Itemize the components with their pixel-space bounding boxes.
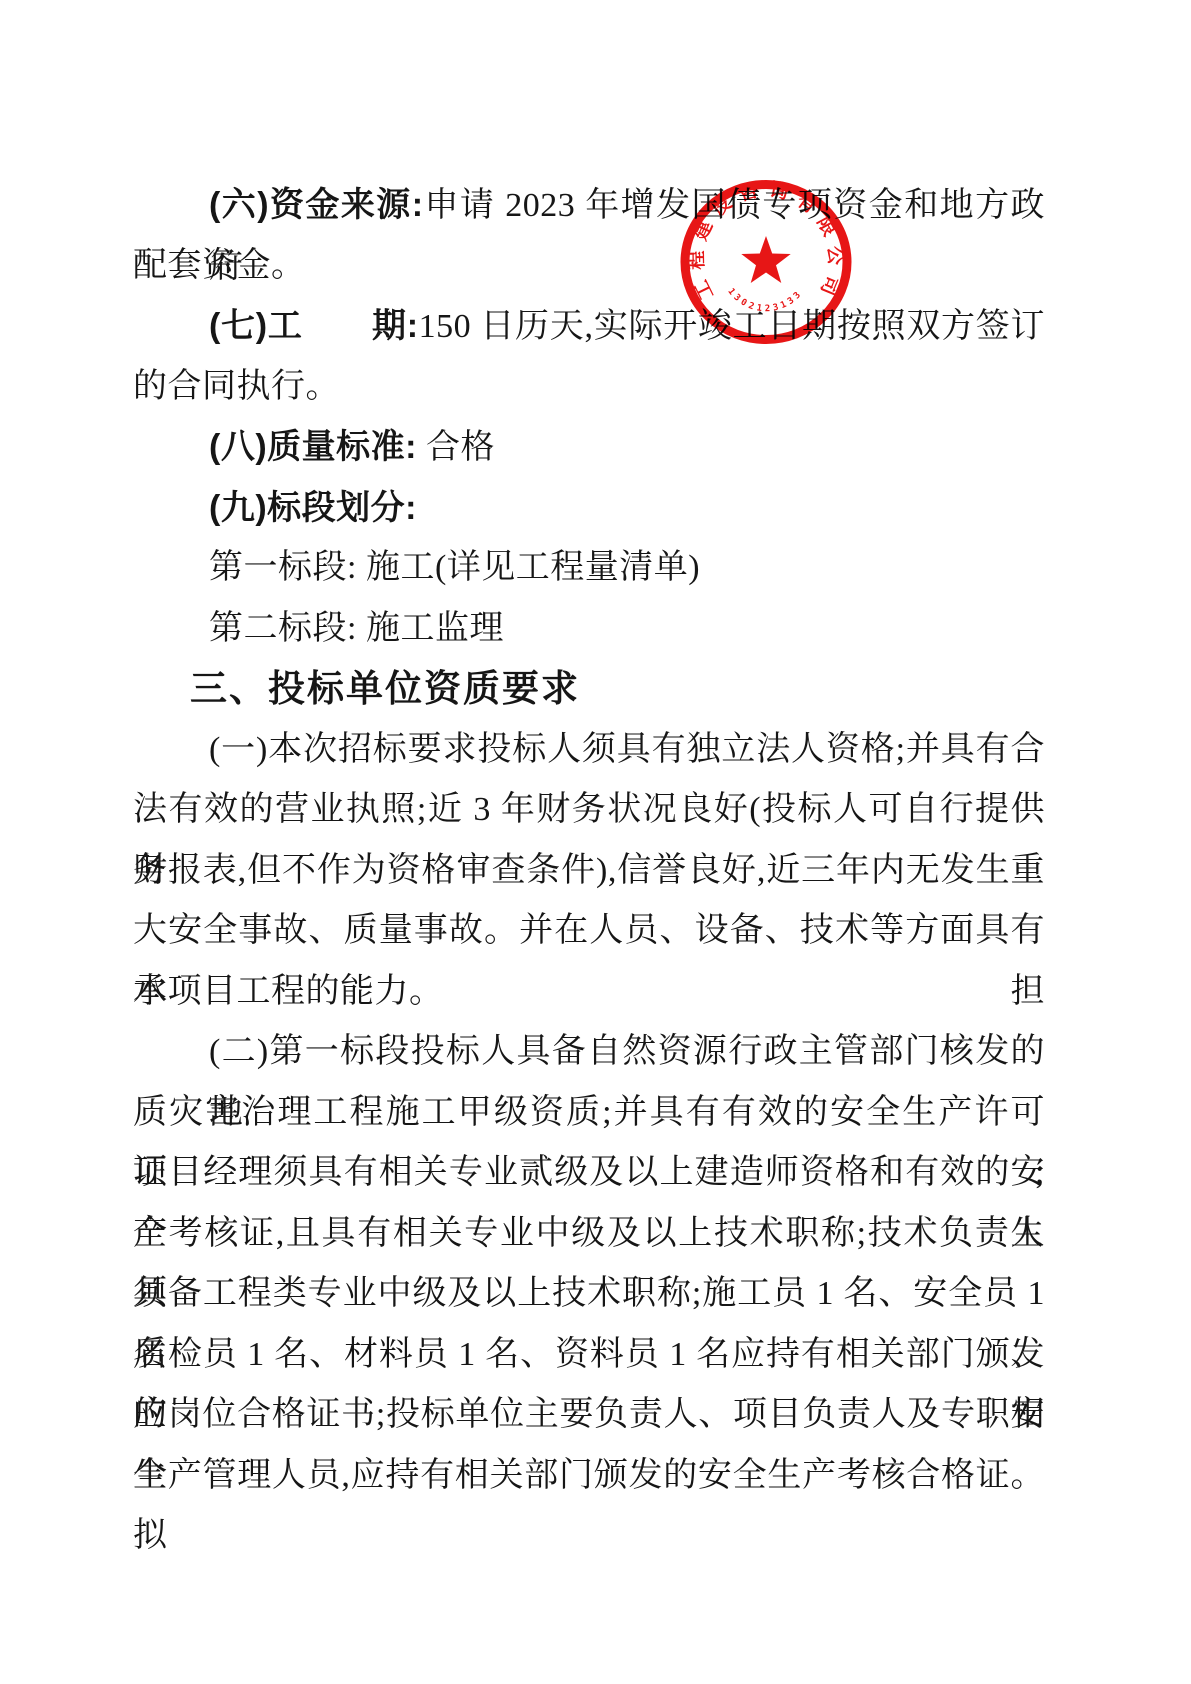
text-run: 务报表,但不作为资格审查条件),信誉良好,近三年内无发生重 bbox=[133, 852, 1045, 889]
text-line: 具备工程类专业中级及以上技术职称;施工员 1 名、安全员 1 名、 bbox=[133, 1264, 1045, 1325]
text-run: 第二标段: 施工监理 bbox=[209, 610, 504, 647]
text-run: 的合同执行。 bbox=[133, 368, 340, 405]
text-line: 第一标段: 施工(详见工程量清单) bbox=[133, 538, 1045, 599]
text-line: (七)工 期:150 日历天,实际开竣工日期按照双方签订 bbox=[133, 296, 1045, 357]
document-page: (六)资金来源:申请 2023 年增发国债专项资金和地方政府配套资金。(七)工 … bbox=[0, 0, 1191, 1684]
text-line: (一)本次招标要求投标人须具有独立法人资格;并具有合 bbox=[133, 720, 1045, 781]
text-run: 第一标段: 施工(详见工程量清单) bbox=[209, 549, 700, 586]
text-line: 项目经理须具有相关专业贰级及以上建造师资格和有效的安全生 bbox=[133, 1143, 1045, 1204]
seal-code: 1302123133 bbox=[725, 287, 803, 315]
text-line: (六)资金来源:申请 2023 年增发国债专项资金和地方政府 bbox=[133, 175, 1045, 236]
text-line: (九)标段划分: bbox=[133, 478, 1045, 539]
text-line: 质检员 1 名、材料员 1 名、资料员 1 名应持有相关部门颁发的相 bbox=[133, 1325, 1045, 1386]
text-line: 产考核证,且具有相关专业中级及以上技术职称;技术负责人须 bbox=[133, 1204, 1045, 1265]
text-line: 生产管理人员,应持有相关部门颁发的安全生产考核合格证。拟 bbox=[133, 1446, 1045, 1507]
text-run: 生产管理人员,应持有相关部门颁发的安全生产考核合格证。拟 bbox=[133, 1457, 1045, 1555]
text-line: 应岗位合格证书;投标单位主要负责人、项目负责人及专职安全 bbox=[133, 1385, 1045, 1446]
text-line: 的合同执行。 bbox=[133, 357, 1045, 418]
seal-star-icon bbox=[741, 236, 790, 283]
text-line: 第二标段: 施工监理 bbox=[133, 599, 1045, 660]
document-body: (六)资金来源:申请 2023 年增发国债专项资金和地方政府配套资金。(七)工 … bbox=[133, 175, 1045, 1506]
text-line: 法有效的营业执照;近 3 年财务状况良好(投标人可自行提供财 bbox=[133, 780, 1045, 841]
text-line: (八)质量标准: 合格 bbox=[133, 417, 1045, 478]
text-line: 配套资金。 bbox=[133, 236, 1045, 297]
bold-label: (六)资金来源: bbox=[209, 186, 424, 224]
official-seal: 工程建设咨询有限公司 1302123133 bbox=[666, 162, 866, 362]
text-line: (二)第一标段投标人具备自然资源行政主管部门核发的地 bbox=[133, 1022, 1045, 1083]
text-run: 配套资金。 bbox=[133, 247, 306, 284]
section-heading: 三、投标单位资质要求 bbox=[133, 659, 1045, 720]
bold-label: 三、投标单位资质要求 bbox=[190, 668, 580, 709]
text-line: 质灾害治理工程施工甲级资质;并具有有效的安全生产许可证; bbox=[133, 1083, 1045, 1144]
bold-label: (九)标段划分: bbox=[209, 489, 417, 527]
bold-label: (八)质量标准: bbox=[209, 428, 417, 466]
text-line: 大安全事故、质量事故。并在人员、设备、技术等方面具有承担 bbox=[133, 901, 1045, 962]
text-run: 本项目工程的能力。 bbox=[133, 973, 444, 1010]
text-run: (一)本次招标要求投标人须具有独立法人资格;并具有合 bbox=[209, 731, 1045, 768]
bold-label: (七)工 期: bbox=[209, 307, 419, 345]
text-run: 合格 bbox=[417, 429, 495, 466]
text-line: 务报表,但不作为资格审查条件),信誉良好,近三年内无发生重 bbox=[133, 841, 1045, 902]
